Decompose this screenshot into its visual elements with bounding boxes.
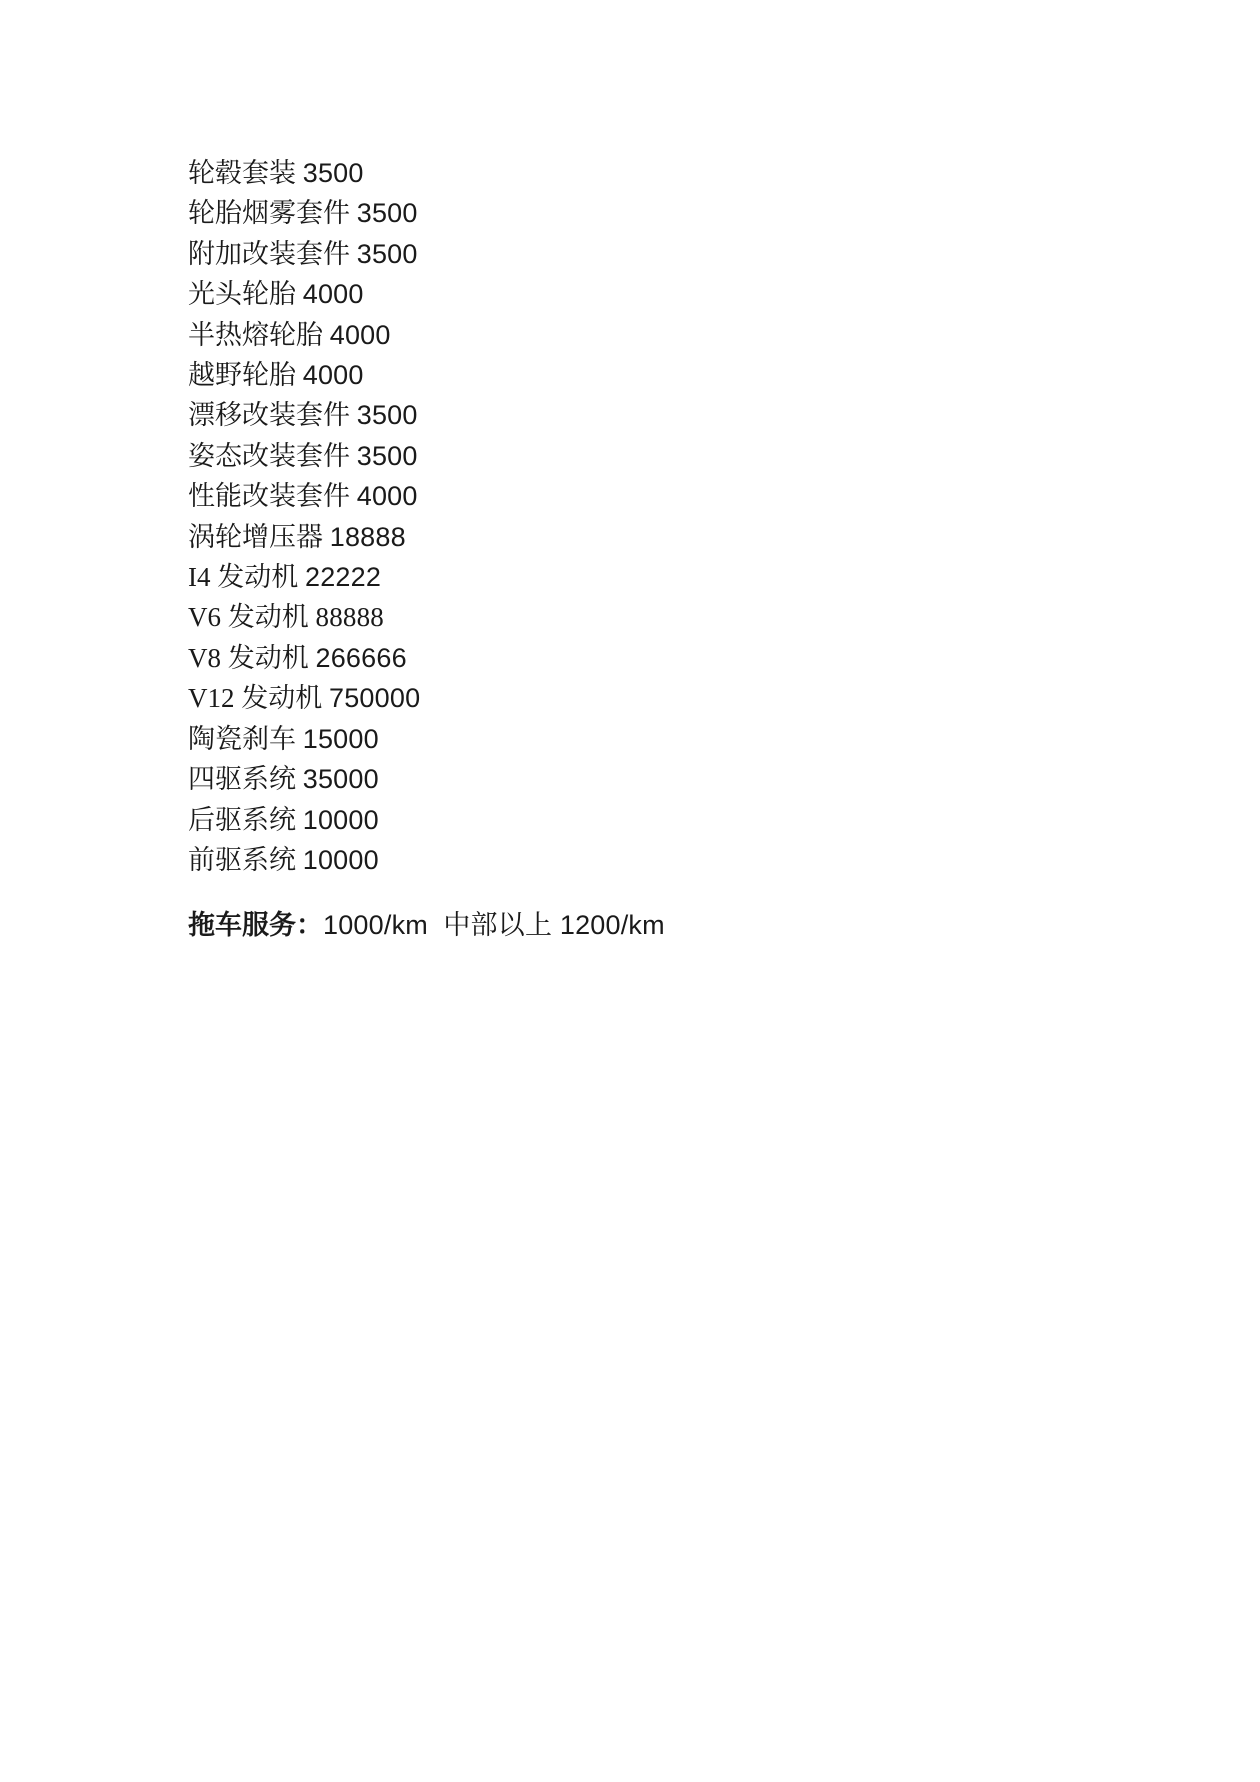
label-price-gap (309, 643, 316, 673)
item-label: 越野轮胎 (188, 360, 296, 390)
price-list-item: 涡轮增压器 18888 (188, 517, 1140, 557)
label-price-gap (296, 805, 303, 835)
price-list-item: 漂移改装套件 3500 (188, 395, 1140, 435)
item-price: 3500 (357, 400, 418, 430)
item-price: 3500 (357, 441, 418, 471)
price-list-item: 性能改装套件 4000 (188, 476, 1140, 516)
item-price: 35000 (303, 764, 379, 794)
price-list-item: V12 发动机 750000 (188, 678, 1140, 718)
item-price: 22222 (305, 562, 381, 592)
item-label: 四驱系统 (188, 764, 296, 794)
item-label: 前驱系统 (188, 845, 296, 875)
label-price-gap (298, 562, 305, 592)
label-price-gap (350, 198, 357, 228)
item-price: 750000 (329, 683, 420, 713)
price-list: 轮毂套装 3500 轮胎烟雾套件 3500 附加改装套件 3500 光头轮胎 4… (188, 153, 1140, 880)
item-price: 4000 (330, 320, 391, 350)
item-price: 4000 (303, 360, 364, 390)
label-price-gap (350, 400, 357, 430)
item-label: 轮胎烟雾套件 (188, 198, 350, 228)
item-price: 4000 (357, 481, 418, 511)
label-price-gap (296, 724, 303, 754)
label-price-gap (296, 845, 303, 875)
item-label: 后驱系统 (188, 805, 296, 835)
price-list-item: 四驱系统 35000 (188, 759, 1140, 799)
item-label: 性能改装套件 (188, 481, 350, 511)
item-label: 陶瓷刹车 (188, 724, 296, 754)
towing-service-line: 拖车服务：1000/km 中部以上 1200/km (188, 905, 1140, 945)
price-list-item: I4 发动机 22222 (188, 557, 1140, 597)
item-label: V6 发动机 (188, 602, 309, 632)
item-label: V12 发动机 (188, 683, 322, 713)
towing-service-label: 拖车服务： (188, 910, 323, 940)
item-price: 3500 (357, 239, 418, 269)
item-price: 88888 (316, 602, 385, 632)
price-list-item: 前驱系统 10000 (188, 840, 1140, 880)
label-price-gap (323, 522, 330, 552)
price-list-item: 轮毂套装 3500 (188, 153, 1140, 193)
price-list-item: 姿态改装套件 3500 (188, 436, 1140, 476)
label-price-gap (322, 683, 329, 713)
price-list-item: 半热熔轮胎 4000 (188, 315, 1140, 355)
item-price: 10000 (303, 845, 379, 875)
item-label: 半热熔轮胎 (188, 320, 323, 350)
item-label: 光头轮胎 (188, 279, 296, 309)
price-list-item: 附加改装套件 3500 (188, 234, 1140, 274)
item-price: 18888 (330, 522, 406, 552)
item-price: 10000 (303, 805, 379, 835)
label-price-gap (323, 320, 330, 350)
item-label: 姿态改装套件 (188, 441, 350, 471)
item-label: I4 发动机 (188, 562, 298, 592)
item-price: 3500 (357, 198, 418, 228)
item-price: 15000 (303, 724, 379, 754)
item-label: V8 发动机 (188, 643, 309, 673)
document-page: 轮毂套装 3500 轮胎烟雾套件 3500 附加改装套件 3500 光头轮胎 4… (0, 0, 1260, 1782)
label-price-gap (296, 279, 303, 309)
item-label: 轮毂套装 (188, 158, 296, 188)
label-price-gap (350, 239, 357, 269)
item-price: 3500 (303, 158, 364, 188)
label-price-gap (296, 360, 303, 390)
price-list-item: 光头轮胎 4000 (188, 274, 1140, 314)
label-price-gap (350, 441, 357, 471)
price-list-item: V6 发动机 88888 (188, 597, 1140, 637)
item-label: 漂移改装套件 (188, 400, 350, 430)
price-list-item: V8 发动机 266666 (188, 638, 1140, 678)
label-price-gap (350, 481, 357, 511)
item-price: 266666 (316, 643, 407, 673)
price-list-item: 轮胎烟雾套件 3500 (188, 193, 1140, 233)
label-price-gap (296, 158, 303, 188)
towing-service-detail: 1000/km 中部以上 1200/km (323, 910, 665, 940)
price-list-item: 后驱系统 10000 (188, 800, 1140, 840)
price-list-item: 越野轮胎 4000 (188, 355, 1140, 395)
item-label: 涡轮增压器 (188, 522, 323, 552)
item-price: 4000 (303, 279, 364, 309)
label-price-gap (309, 602, 316, 632)
label-price-gap (296, 764, 303, 794)
price-list-item: 陶瓷刹车 15000 (188, 719, 1140, 759)
item-label: 附加改装套件 (188, 239, 350, 269)
